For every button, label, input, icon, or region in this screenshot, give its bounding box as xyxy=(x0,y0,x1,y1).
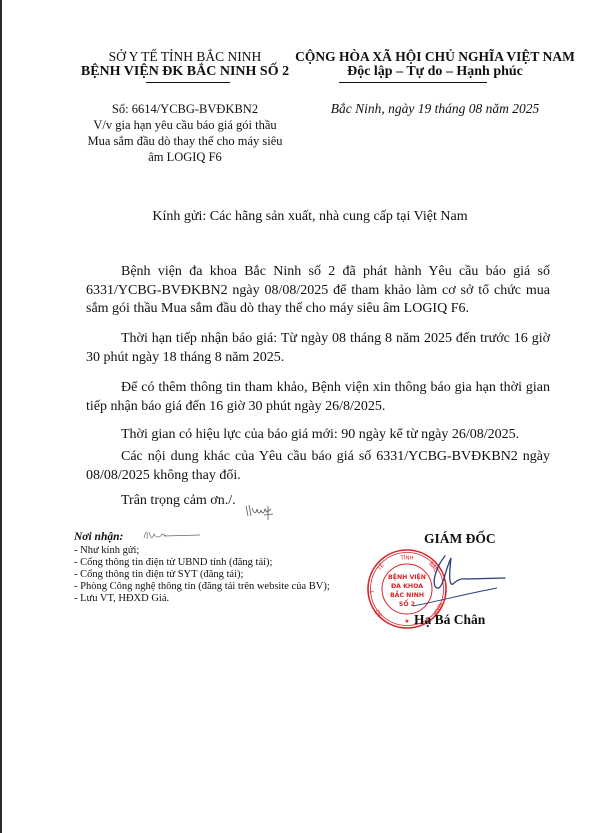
svg-text:TẾ: TẾ xyxy=(375,561,387,573)
signer-title: GIÁM ĐỐC xyxy=(424,531,496,547)
subject-line: âm LOGIQ F6 xyxy=(60,150,310,165)
recipient-item: - Phòng Công nghệ thông tin (đăng tải tr… xyxy=(74,581,330,592)
national-motto: Độc lập – Tự do – Hạnh phúc xyxy=(285,64,585,80)
organization-name: BỆNH VIỆN ĐK BẮC NINH SỐ 2 xyxy=(50,64,320,80)
body-paragraph: Các nội dung khác của Yêu cầu báo giá số… xyxy=(86,448,550,485)
recipient-item: - Cổng thông tin điện tử UBND tỉnh (đăng… xyxy=(74,557,272,568)
organization-underline xyxy=(146,82,230,83)
recipient-item: - Như kính gửi; xyxy=(74,545,139,556)
viewer-left-edge xyxy=(0,0,2,833)
recipient-item: - Lưu VT, HĐXD Giá. xyxy=(74,593,169,604)
motto-underline xyxy=(339,82,487,83)
nation-heading: CỘNG HÒA XÃ HỘI CHỦ NGHĨA VIỆT NAM xyxy=(285,49,585,65)
subject-line: Mua sắm đầu dò thay thế cho máy siêu xyxy=(60,134,310,149)
document-number: Số: 6614/YCBG-BVĐKBN2 xyxy=(60,102,310,117)
svg-text:★: ★ xyxy=(404,618,409,625)
body-paragraph: Để có thêm thông tin tham khảo, Bệnh việ… xyxy=(86,379,550,416)
initial-signature-icon xyxy=(244,500,276,522)
closing-line: Trân trọng cảm ơn./. xyxy=(121,493,236,509)
recipient-initial-icon xyxy=(142,528,202,542)
recipient-item: - Cổng thông tin điện tử SYT (đăng tải); xyxy=(74,569,243,580)
body-paragraph: Thời gian có hiệu lực của báo giá mới: 9… xyxy=(86,426,550,445)
handwritten-signature-icon xyxy=(405,548,515,610)
body-paragraph: Thời hạn tiếp nhận báo giá: Từ ngày 08 t… xyxy=(86,330,550,367)
svg-text:Y: Y xyxy=(370,589,376,595)
recipients-title: Nơi nhận: xyxy=(74,531,123,543)
signer-name: Hạ Bá Chân xyxy=(414,612,485,628)
subject-line: V/v gia hạn yêu cầu báo giá gói thầu xyxy=(60,118,310,133)
salutation: Kính gửi: Các hãng sản xuất, nhà cung cấ… xyxy=(60,209,560,225)
place-date: Bắc Ninh, ngày 19 tháng 08 năm 2025 xyxy=(285,101,585,117)
body-paragraph: Bệnh viện đa khoa Bắc Ninh số 2 đã phát … xyxy=(86,263,550,319)
parent-organization: SỞ Y TẾ TỈNH BẮC NINH xyxy=(60,49,310,65)
